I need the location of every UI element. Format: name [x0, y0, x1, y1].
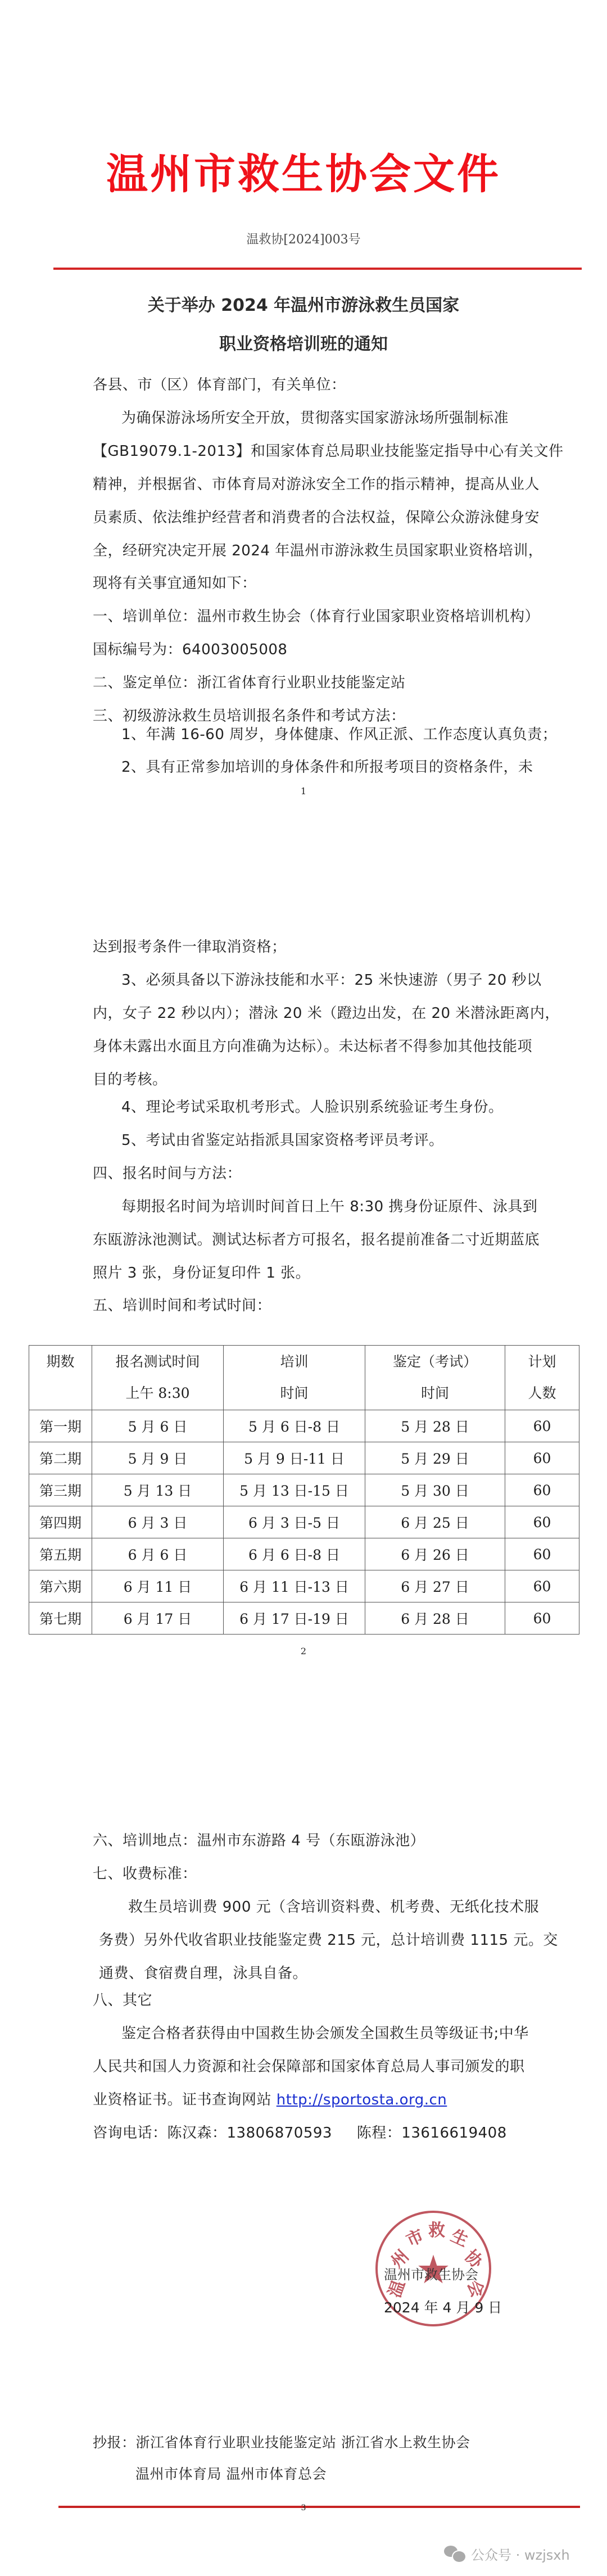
cell-exam: 5 月 30 日 [365, 1474, 505, 1506]
cell-signup: 5 月 13 日 [92, 1474, 224, 1506]
cell-training: 5 月 9 日-11 日 [224, 1442, 365, 1474]
section-4-line: 东瓯游泳池测试。测试达标者方可报名，报名提前准备二寸近期蓝底 [93, 1230, 540, 1249]
cell-exam: 5 月 28 日 [365, 1410, 505, 1442]
cell-exam: 6 月 28 日 [365, 1602, 505, 1635]
certificate-lookup-label: 业资格证书。证书查询网站 [93, 2091, 277, 2108]
cell-training: 5 月 6 日-8 日 [224, 1410, 365, 1442]
section-4-heading: 四、报名时间与方法： [93, 1164, 242, 1183]
cc-line-1: 抄报：浙江省体育行业职业技能鉴定站 浙江省水上救生协会 [93, 2433, 470, 2452]
section-3-item-3: 目的考核。 [93, 1070, 167, 1089]
cell-quota: 60 [505, 1474, 579, 1506]
cell-signup: 6 月 17 日 [92, 1602, 224, 1635]
page-number: 3 [0, 2502, 607, 2514]
section-3-item-5: 5、考试由省鉴定站指派具国家资格考评员考评。 [121, 1131, 444, 1150]
table-row: 第五期 6 月 6 日 6 月 6 日-8 日 6 月 26 日 60 [29, 1538, 579, 1570]
section-3-item-1: 1、年满 16-60 周岁，身体健康、作风正派、工作态度认真负责； [121, 725, 557, 744]
section-2: 二、鉴定单位：浙江省体育行业职业技能鉴定站 [93, 673, 406, 692]
section-4-line: 照片 3 张，身份证复印件 1 张。 [93, 1264, 310, 1283]
intro-line: 为确保游泳场所安全开放，贯彻落实国家游泳场所强制标准 [121, 409, 509, 428]
table-row: 第一期 5 月 6 日 5 月 6 日-8 日 5 月 28 日 60 [29, 1410, 579, 1442]
cell-training: 5 月 13 日-15 日 [224, 1474, 365, 1506]
section-3-item-2: 2、具有正常参加培训的身体条件和所报考项目的资格条件，未 [121, 758, 533, 777]
wechat-watermark: 公众号 · wzjsxh [444, 2545, 570, 2562]
cell-exam: 6 月 26 日 [365, 1538, 505, 1570]
certificate-lookup-link[interactable]: http://sportosta.org.cn [277, 2091, 447, 2108]
header-signup-time: 报名测试时间上午 8:30 [92, 1346, 224, 1410]
cell-period: 第七期 [29, 1602, 92, 1635]
cell-quota: 60 [505, 1602, 579, 1635]
section-4-line: 每期报名时间为培训时间首日上午 8:30 携身份证原件、泳具到 [121, 1197, 537, 1216]
seal-char: 救 [428, 2216, 445, 2241]
wechat-icon [444, 2545, 466, 2563]
seal-char: 生 [447, 2222, 473, 2252]
section-3-heading: 三、初级游泳救生员培训报名条件和考试方法： [93, 707, 406, 726]
cell-training: 6 月 3 日-5 日 [224, 1506, 365, 1538]
cell-period: 第一期 [29, 1410, 92, 1442]
section-1-line2: 国标编号为：64003005008 [93, 640, 287, 659]
table-row: 第四期 6 月 3 日 6 月 3 日-5 日 6 月 25 日 60 [29, 1506, 579, 1538]
table-header-row: 期数 报名测试时间上午 8:30 培训时间 鉴定（考试）时间 计划人数 [29, 1346, 579, 1410]
cell-period: 第五期 [29, 1538, 92, 1570]
section-7-line: 通费、食宿费自理，泳具自备。 [99, 1964, 307, 1983]
header-period: 期数 [29, 1346, 92, 1410]
cell-training: 6 月 6 日-8 日 [224, 1538, 365, 1570]
document-header-title: 温州市救生协会文件 [0, 147, 607, 201]
cell-training: 6 月 11 日-13 日 [224, 1570, 365, 1602]
section-5-heading: 五、培训时间和考试时间： [93, 1296, 271, 1315]
page-number: 2 [0, 1646, 607, 1657]
header-red-rule [53, 268, 582, 270]
cell-signup: 5 月 6 日 [92, 1410, 224, 1442]
cell-signup: 6 月 6 日 [92, 1538, 224, 1570]
cell-training: 6 月 17 日-19 日 [224, 1602, 365, 1635]
section-7-line: 务费）另外代收省职业技能鉴定费 215 元，总计培训费 1115 元。交 [99, 1931, 558, 1950]
table-row: 第二期 5 月 9 日 5 月 9 日-11 日 5 月 29 日 60 [29, 1442, 579, 1474]
signing-organization: 温州市救生协会 [384, 2266, 478, 2283]
cell-period: 第六期 [29, 1570, 92, 1602]
cell-signup: 6 月 11 日 [92, 1570, 224, 1602]
contact-phones: 咨询电话：陈汉森：13806870593 陈程：13616619408 [93, 2124, 507, 2143]
section-8-line: 人民共和国人力资源和社会保障部和国家体育总局人事司颁发的职 [93, 2057, 525, 2076]
intro-line: 全，经研究决定开展 2024 年温州市游泳救生员国家职业资格培训， [93, 541, 543, 560]
cell-quota: 60 [505, 1506, 579, 1538]
table-row: 第七期 6 月 17 日 6 月 17 日-19 日 6 月 28 日 60 [29, 1602, 579, 1635]
section-3-item-3: 身体未露出水面且方向准确为达标）。未达标者不得参加其他技能项 [93, 1037, 532, 1056]
section-3-item-4: 4、理论考试采取机考形式。人脸识别系统验证考生身份。 [121, 1098, 504, 1117]
cell-exam: 6 月 27 日 [365, 1570, 505, 1602]
table-row: 第六期 6 月 11 日 6 月 11 日-13 日 6 月 27 日 60 [29, 1570, 579, 1602]
cell-quota: 60 [505, 1442, 579, 1474]
cell-exam: 5 月 29 日 [365, 1442, 505, 1474]
cell-exam: 6 月 25 日 [365, 1506, 505, 1538]
section-1-line1: 一、培训单位：温州市救生协会（体育行业国家职业资格培训机构） [93, 607, 540, 626]
cell-signup: 5 月 9 日 [92, 1442, 224, 1474]
page-number: 1 [0, 786, 607, 797]
notice-title-line2: 职业资格培训班的通知 [0, 333, 607, 356]
header-quota: 计划人数 [505, 1346, 579, 1410]
watermark-text: 公众号 · wzjsxh [471, 2544, 570, 2564]
intro-line: 精神，并根据省、市体育局对游泳安全工作的指示精神，提高从业人 [93, 475, 540, 494]
section-3-item-2-cont: 达到报考条件一律取消资格； [93, 938, 287, 957]
cc-line-2: 温州市体育局 温州市体育总会 [135, 2465, 327, 2484]
section-3-item-3: 内，女子 22 秒以内）；潜泳 20 米（蹬边出发，在 20 米潜泳距离内， [93, 1004, 560, 1023]
intro-line: 【GB19079.1-2013】和国家体育总局职业技能鉴定指导中心有关文件 [93, 442, 564, 461]
section-8-line: 业资格证书。证书查询网站 http://sportosta.org.cn [93, 2090, 447, 2109]
section-6: 六、培训地点：温州市东游路 4 号（东瓯游泳池） [93, 1831, 425, 1850]
cell-quota: 60 [505, 1410, 579, 1442]
section-3-item-3: 3、必须具备以下游泳技能和水平：25 米快速游（男子 20 秒以 [121, 971, 542, 990]
cell-period: 第三期 [29, 1474, 92, 1506]
intro-line: 员素质、依法维护经营者和消费者的合法权益，保障公众游泳健身安 [93, 508, 540, 527]
header-exam-time: 鉴定（考试）时间 [365, 1346, 505, 1410]
section-8-heading: 八、其它 [93, 1991, 152, 2010]
section-8-line: 鉴定合格者获得由中国救生协会颁发全国救生员等级证书;中华 [121, 2024, 529, 2043]
section-7-heading: 七、收费标准： [93, 1864, 197, 1884]
table-row: 第三期 5 月 13 日 5 月 13 日-15 日 5 月 30 日 60 [29, 1474, 579, 1506]
document-number: 温救协[2024]003号 [0, 232, 607, 248]
section-7-line: 救生员培训费 900 元（含培训资料费、机考费、无纸化技术服 [128, 1898, 539, 1917]
cell-signup: 6 月 3 日 [92, 1506, 224, 1538]
cell-period: 第四期 [29, 1506, 92, 1538]
cell-quota: 60 [505, 1538, 579, 1570]
schedule-table: 期数 报名测试时间上午 8:30 培训时间 鉴定（考试）时间 计划人数 第一期 … [29, 1345, 579, 1635]
salutation: 各县、市（区）体育部门，有关单位： [93, 375, 346, 395]
cell-period: 第二期 [29, 1442, 92, 1474]
intro-line: 现将有关事宜通知如下： [93, 574, 257, 593]
cell-quota: 60 [505, 1570, 579, 1602]
header-training-time: 培训时间 [224, 1346, 365, 1410]
notice-title-line1: 关于举办 2024 年温州市游泳救生员国家 [0, 295, 607, 317]
signing-date: 2024 年 4 月 9 日 [384, 2299, 502, 2316]
